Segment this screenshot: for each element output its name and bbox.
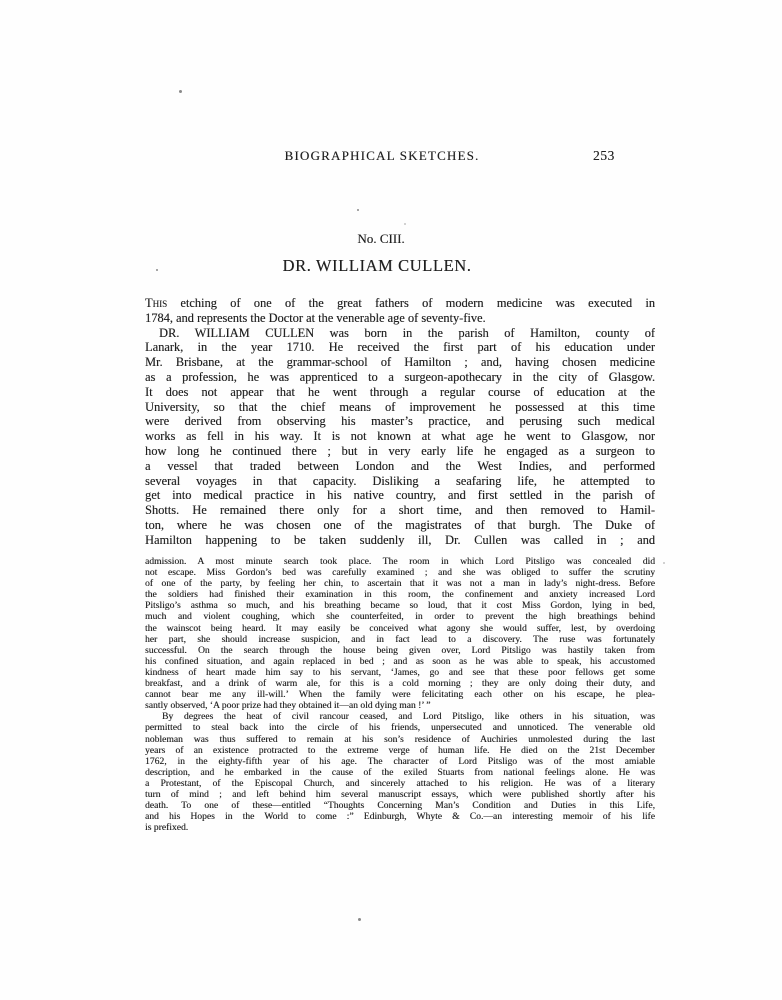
text-line: works as fell in his way. It is not know… (145, 429, 655, 444)
text-line: not escape. Miss Gordon’s bed was carefu… (145, 567, 655, 578)
paragraph: This etching of one of the great fathers… (145, 296, 655, 326)
text-line: much and violent coughing, which she cou… (145, 611, 655, 622)
scan-speck (404, 223, 406, 225)
running-header: BIOGRAPHICAL SKETCHES. (285, 148, 480, 164)
scan-speck (156, 269, 158, 271)
text-line: DR. WILLIAM CULLEN was born in the paris… (145, 326, 655, 341)
footnote-text: admission. A most minute search took pla… (145, 556, 655, 833)
text-line: Shotts. He remained there only for a sho… (145, 503, 655, 518)
page-number: 253 (593, 148, 615, 164)
text-line: This etching of one of the great fathers… (145, 296, 655, 311)
text-line: successful. On the search through the ho… (145, 645, 655, 656)
text-line: his confined situation, and again replac… (145, 656, 655, 667)
text-line: and his Hopes in the World to come :” Ed… (145, 811, 655, 822)
text-line: By degrees the heat of civil rancour cea… (145, 711, 655, 722)
text-line: Lanark, in the year 1710. He received th… (145, 340, 655, 355)
text-line: her part, she should increase suspicion,… (145, 634, 655, 645)
body-text: This etching of one of the great fathers… (145, 296, 655, 548)
text-line: Mr. Brisbane, at the grammar-school of H… (145, 355, 655, 370)
text-line: of one of the party, by feeling her chin… (145, 578, 655, 589)
book-page: BIOGRAPHICAL SKETCHES. 253 No. CIII. DR.… (0, 0, 782, 1000)
scan-speck (357, 209, 359, 211)
text-line: Pitsligo’s asthma so much, and his breat… (145, 600, 655, 611)
text-line: santly observed, ‘A poor prize had they … (145, 700, 655, 711)
text-line: nobleman was thus suffered to remain at … (145, 734, 655, 745)
scan-speck (179, 90, 182, 93)
paragraph: DR. WILLIAM CULLEN was born in the paris… (145, 326, 655, 548)
text-line: several voyages in that capacity. Dislik… (145, 474, 655, 489)
text-line: description, and he embarked in the caus… (145, 767, 655, 778)
text-line: It does not appear that he went through … (145, 385, 655, 400)
text-line: how long he continued there ; but in ver… (145, 444, 655, 459)
text-line: cannot bear me any ill-will.’ When the f… (145, 689, 655, 700)
text-line: get into medical practice in his native … (145, 488, 655, 503)
text-line: turn of mind ; and left behind him sever… (145, 789, 655, 800)
text-line: Hamilton happening to be taken suddenly … (145, 533, 655, 548)
text-line: breakfast, and a drink of warm ale, for … (145, 678, 655, 689)
section-number: No. CIII. (357, 231, 404, 247)
paragraph: admission. A most minute search took pla… (145, 556, 655, 711)
text-line: is prefixed. (145, 822, 655, 833)
section-title: DR. WILLIAM CULLEN. (283, 256, 472, 276)
text-line: University, so that the chief means of i… (145, 400, 655, 415)
smallcaps-lead: This (145, 296, 167, 310)
text-line: a Protestant, of the Episcopal Church, a… (145, 778, 655, 789)
text-line: 1762, in the eighty-fifth year of his ag… (145, 756, 655, 767)
scan-speck (663, 562, 665, 564)
text-line: were derived from observing his master’s… (145, 414, 655, 429)
text-line: 1784, and represents the Doctor at the v… (145, 311, 655, 326)
text-line: death. To one of these—entitled “Thought… (145, 800, 655, 811)
paragraph: By degrees the heat of civil rancour cea… (145, 711, 655, 833)
text-line: a vessel that traded between London and … (145, 459, 655, 474)
text-line: admission. A most minute search took pla… (145, 556, 655, 567)
text-line: as a profession, he was apprenticed to a… (145, 370, 655, 385)
text-line: permitted to steal back into the circle … (145, 722, 655, 733)
text-line: years of an existence protracted to the … (145, 745, 655, 756)
text-line: kindness of heart made him say to his se… (145, 667, 655, 678)
text-line: the soldiers had finished their examinat… (145, 589, 655, 600)
text-line: the wainscot being heard. It may easily … (145, 623, 655, 634)
text-line: ton, where he was chosen one of the magi… (145, 518, 655, 533)
scan-speck (358, 918, 361, 921)
